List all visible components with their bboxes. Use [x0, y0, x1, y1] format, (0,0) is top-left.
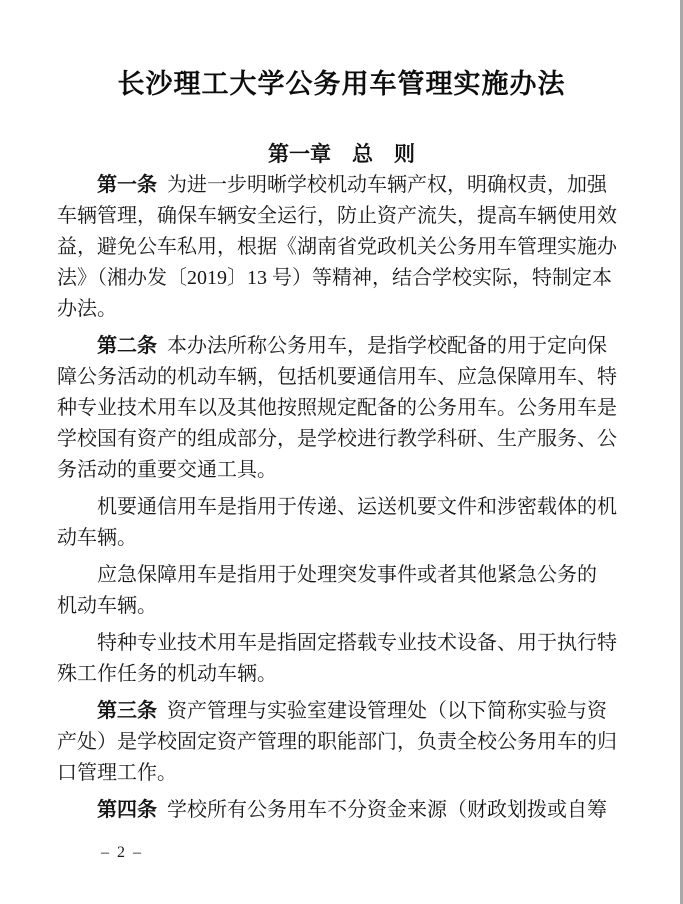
text-line: 第四条学校所有公务用车不分资金来源（财政划拨或自筹	[57, 795, 623, 826]
text-line: 种专业技术用车以及其他按照规定配备的公务用车。公务用车是	[57, 393, 623, 424]
text-line: 机动车辆。	[57, 591, 623, 622]
chapter-heading: 第一章 总 则	[0, 138, 683, 168]
page-number: – 2 –	[101, 844, 143, 862]
text-line: 办法。	[57, 294, 623, 325]
article-number-label: 第二条	[97, 335, 157, 357]
paragraph-communication-vehicles: 机要通信用车是指用于传递、运送机要文件和涉密载体的机 动车辆。	[57, 492, 623, 554]
article-number-label: 第一条	[97, 174, 157, 196]
text-line: 第一条为进一步明晰学校机动车辆产权，明确权责，加强	[57, 170, 623, 201]
line-text: 为进一步明晰学校机动车辆产权，明确权责，加强	[167, 174, 607, 196]
paragraph-article-4: 第四条学校所有公务用车不分资金来源（财政划拨或自筹	[57, 795, 623, 826]
text-line: 法》（湘办发〔2019〕13 号）等精神，结合学校实际，特制定本	[57, 263, 623, 294]
line-text: 应急保障用车是指用于处理突发事件或者其他紧急公务的	[97, 564, 597, 586]
document-page: 长沙理工大学公务用车管理实施办法 第一章 总 则 第一条为进一步明晰学校机动车辆…	[0, 0, 683, 904]
line-text: 特种专业技术用车是指固定搭载专业技术设备、用于执行特	[97, 632, 617, 654]
line-text: 学校所有公务用车不分资金来源（财政划拨或自筹	[167, 799, 607, 821]
text-line: 动车辆。	[57, 523, 623, 554]
line-text: 资产管理与实验室建设管理处（以下简称实验与资	[167, 700, 607, 722]
document-title: 长沙理工大学公务用车管理实施办法	[0, 62, 683, 101]
document-body: 第一条为进一步明晰学校机动车辆产权，明确权责，加强 车辆管理，确保车辆安全运行，…	[57, 170, 623, 826]
paragraph-article-3: 第三条资产管理与实验室建设管理处（以下简称实验与资 产处）是学校固定资产管理的职…	[57, 696, 623, 789]
line-text: 机要通信用车是指用于传递、运送机要文件和涉密载体的机	[97, 496, 617, 518]
text-line: 特种专业技术用车是指固定搭载专业技术设备、用于执行特	[57, 628, 623, 659]
line-text: 本办法所称公务用车，是指学校配备的用于定向保	[167, 335, 607, 357]
text-line: 障公务活动的机动车辆，包括机要通信用车、应急保障用车、特	[57, 362, 623, 393]
paragraph-article-1: 第一条为进一步明晰学校机动车辆产权，明确权责，加强 车辆管理，确保车辆安全运行，…	[57, 170, 623, 325]
article-number-label: 第三条	[97, 700, 157, 722]
text-line: 益，避免公车私用，根据《湖南省党政机关公务用车管理实施办	[57, 232, 623, 263]
text-line: 第二条本办法所称公务用车，是指学校配备的用于定向保	[57, 331, 623, 362]
text-line: 机要通信用车是指用于传递、运送机要文件和涉密载体的机	[57, 492, 623, 523]
paragraph-emergency-vehicles: 应急保障用车是指用于处理突发事件或者其他紧急公务的 机动车辆。	[57, 560, 623, 622]
text-line: 学校国有资产的组成部分，是学校进行教学科研、生产服务、公	[57, 424, 623, 455]
text-line: 口管理工作。	[57, 758, 623, 789]
text-line: 第三条资产管理与实验室建设管理处（以下简称实验与资	[57, 696, 623, 727]
text-line: 产处）是学校固定资产管理的职能部门，负责全校公务用车的归	[57, 727, 623, 758]
text-line: 务活动的重要交通工具。	[57, 455, 623, 486]
article-number-label: 第四条	[97, 799, 157, 821]
text-line: 车辆管理，确保车辆安全运行，防止资产流失，提高车辆使用效	[57, 201, 623, 232]
text-line: 殊工作任务的机动车辆。	[57, 659, 623, 690]
paragraph-article-2: 第二条本办法所称公务用车，是指学校配备的用于定向保 障公务活动的机动车辆，包括机…	[57, 331, 623, 486]
text-line: 应急保障用车是指用于处理突发事件或者其他紧急公务的	[57, 560, 623, 591]
paragraph-special-technical-vehicles: 特种专业技术用车是指固定搭载专业技术设备、用于执行特 殊工作任务的机动车辆。	[57, 628, 623, 690]
